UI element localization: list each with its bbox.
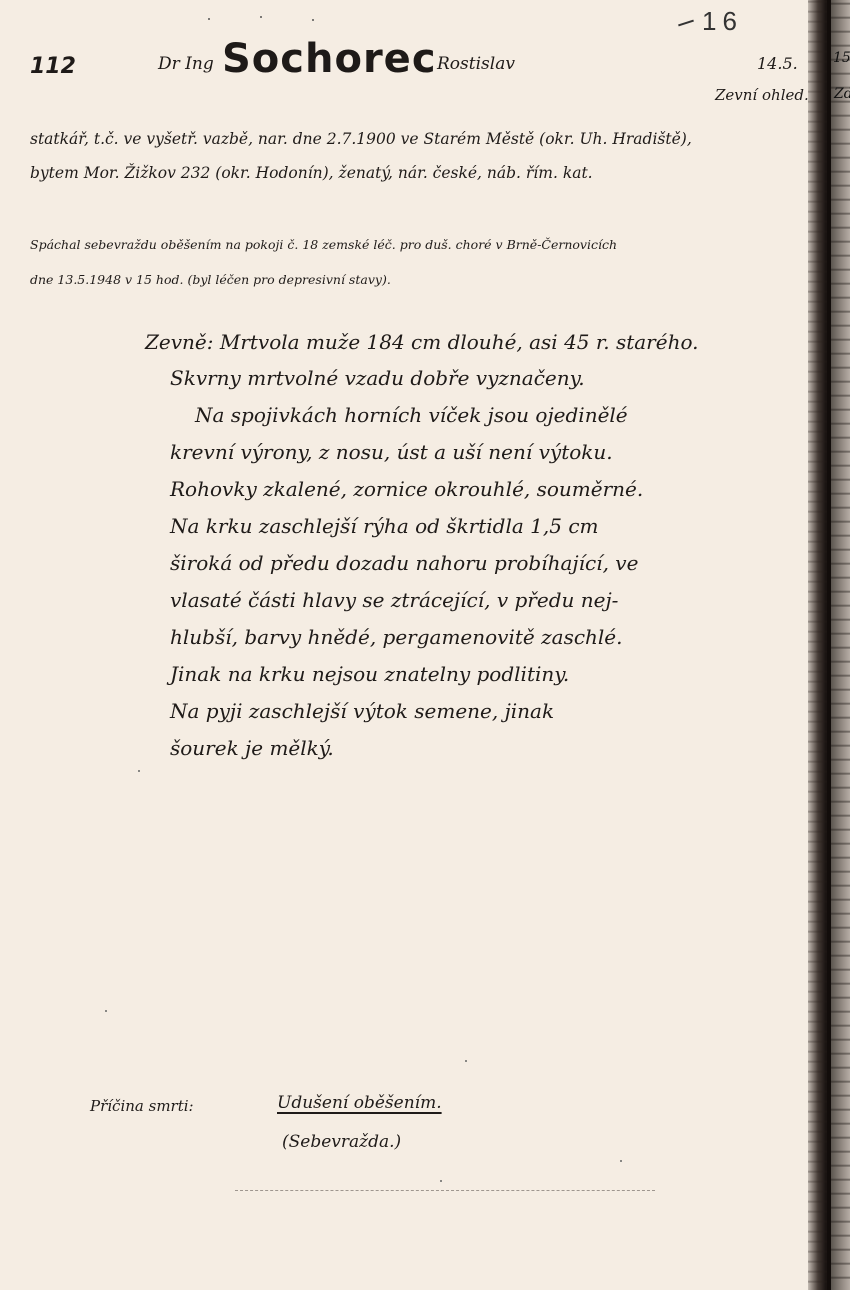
title-prefix: Dr Ing (158, 54, 214, 74)
examination-line: Rohovky zkalené, zornice okrouhlé, soumě… (170, 477, 643, 501)
examination-line: Na krku zaschlejší rýha od škrtidla 1,5 … (170, 514, 599, 538)
examination-line: Na spojivkách horních víček jsou ojedině… (195, 403, 628, 427)
folio-dash-mark (678, 20, 694, 27)
cause-of-death-value: Udušení oběšením. (277, 1093, 442, 1113)
examination-line: Zevně: Mrtvola muže 184 cm dlouhé, asi 4… (145, 330, 699, 354)
record-number: 112 (30, 54, 76, 79)
stray-marks (200, 16, 340, 22)
ink-speck (138, 770, 140, 772)
next-page-label: Zd (834, 86, 850, 102)
next-page-edge (831, 0, 850, 1290)
examination-line: Na pyji zaschlejší výtok semene, jinak (170, 699, 554, 723)
bottom-dashed-rule (235, 1190, 655, 1192)
scanned-document-page: 16 112 Dr Ing Sochorec Rostislav 14.5. Z… (0, 0, 850, 1290)
cause-of-death-note: (Sebevražda.) (282, 1132, 401, 1152)
examination-line: hlubší, barvy hnědé, pergamenovitě zasch… (170, 625, 623, 649)
next-page-number: 15 (833, 50, 850, 66)
examination-line: Jinak na krku nejsou znatelny podlitiny. (170, 662, 569, 686)
personal-info-line: bytem Mor. Žižkov 232 (okr. Hodonín), že… (30, 164, 593, 182)
examination-line: vlasaté části hlavy se ztrácející, v pře… (170, 588, 618, 612)
personal-info-line: statkář, t.č. ve vyšetř. vazbě, nar. dne… (30, 130, 692, 148)
given-name: Rostislav (437, 54, 515, 74)
examination-line: krevní výrony, z nosu, úst a uší není vý… (170, 440, 613, 464)
cause-of-death-label: Příčina smrti: (90, 1097, 194, 1115)
examination-line: Skvrny mrtvolné vzadu dobře vyznačeny. (170, 366, 585, 390)
ink-speck (620, 1160, 622, 1162)
binding-edge: 15 Zd (800, 0, 850, 1290)
ink-speck (465, 1060, 467, 1062)
examination-line: široká od předu dozadu nahoru probíhajíc… (170, 551, 638, 575)
surname-heading: Sochorec (222, 36, 437, 82)
page-reference: 14.5. (757, 54, 798, 73)
ink-speck (105, 1010, 107, 1012)
folio-number: 16 (702, 6, 743, 37)
finding-line: Spáchal sebevraždu oběšením na pokoji č.… (30, 237, 617, 252)
examination-line: šourek je mělký. (170, 736, 334, 760)
section-label: Zevní ohled. (715, 86, 809, 104)
finding-line: dne 13.5.1948 v 15 hod. (byl léčen pro d… (30, 272, 391, 287)
ink-speck (440, 1180, 442, 1182)
